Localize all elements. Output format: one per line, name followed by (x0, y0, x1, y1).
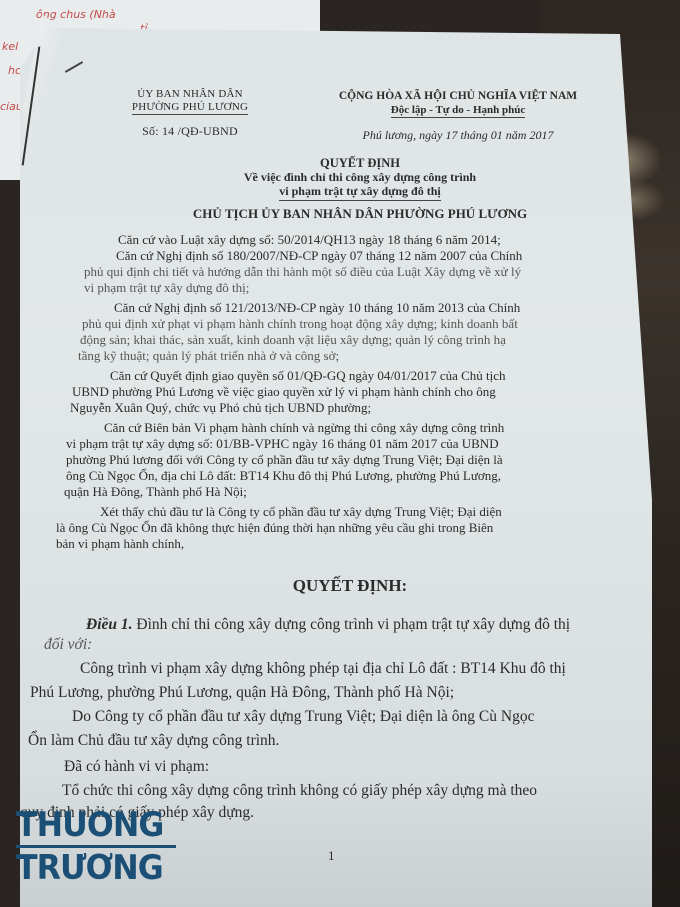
country-name: CỘNG HÒA XÃ HỘI CHỦ NGHĨA VIỆT NAM (318, 90, 598, 102)
body-line: Ổn làm Chủ đầu tư xây dựng công trình. (28, 732, 279, 750)
ward-name: PHƯỜNG PHÚ LƯƠNG (110, 101, 270, 115)
body-line: Đã có hành vi vi phạm: (64, 758, 209, 776)
article-text: Đình chỉ thi công xây dựng công trình vi… (133, 616, 571, 633)
article-label: Điều 1. (86, 616, 133, 633)
document-date: Phú lương, ngày 17 tháng 01 năm 2017 (318, 128, 598, 143)
preamble-line: Căn cứ Quyết định giao quyền số 01/QĐ-GQ… (110, 368, 506, 384)
preamble-line: tầng kỹ thuật; quản lý phát triển nhà ở … (78, 348, 339, 364)
preamble-line: Xét thấy chủ đầu tư là Công ty cổ phần đ… (100, 504, 502, 520)
body-line: Tổ chức thi công xây dựng công trình khô… (62, 782, 537, 800)
preamble-line: UBND phường Phú Lương về việc giao quyền… (72, 384, 496, 400)
preamble-line: vi phạm trật tự xây dựng đô thị; (84, 280, 249, 296)
preamble-line: Căn cứ Nghị định số 180/2007/NĐ-CP ngày … (116, 248, 522, 264)
issuing-authority: CHỦ TỊCH ỦY BAN NHÂN DÂN PHƯỜNG PHÚ LƯƠN… (150, 206, 570, 222)
document-content: ỦY BAN NHÂN DÂN PHƯỜNG PHÚ LƯƠNG Số: 14 … (0, 0, 680, 907)
preamble-line: Căn cứ Biên bản Vi phạm hành chính và ng… (104, 420, 504, 436)
preamble-line: bản vi phạm hành chính, (56, 536, 184, 552)
article-1: Điều 1. Đình chỉ thi công xây dựng công … (86, 616, 570, 634)
article-continuation: đối với: (44, 636, 92, 654)
preamble-line: phủ qui định xử phạt vi phạm hành chính … (82, 316, 518, 332)
logo-line-2: TRƯƠNG (16, 851, 176, 885)
preamble-line: là ông Cù Ngọc Ổn đã không thực hiện đún… (56, 520, 493, 536)
thuong-truong-logo: THUONG TRƯƠNG (16, 808, 176, 885)
preamble-line: động sản; khai thác, sản xuất, kinh doan… (80, 332, 506, 348)
preamble-line: phủ qui định chi tiết và hướng dẫn thi h… (84, 264, 521, 280)
preamble-line: Nguyễn Xuân Quý, chức vụ Phó chủ tịch UB… (70, 400, 371, 416)
body-line: Công trình vi phạm xây dựng không phép t… (80, 660, 566, 678)
issuing-organization: ỦY BAN NHÂN DÂN (110, 88, 270, 100)
document-title: QUYẾT ĐỊNH (150, 156, 570, 171)
document-number: Số: 14 /QĐ-UBND (110, 124, 270, 139)
page-number: 1 (328, 848, 335, 864)
preamble-line: Căn cứ Nghị định số 121/2013/NĐ-CP ngày … (114, 300, 520, 316)
body-line: Phú Lương, phường Phú Lương, quận Hà Đôn… (30, 684, 454, 702)
body-line: Do Công ty cổ phần đầu tư xây dựng Trung… (72, 708, 534, 726)
preamble-line: ông Cù Ngọc Ổn, địa chỉ Lô đất: BT14 Khu… (66, 468, 501, 484)
document-subject: vi phạm trật tự xây dựng đô thị (150, 184, 570, 201)
logo-line-1: THUONG (16, 808, 176, 842)
preamble-line: Căn cứ vào Luật xây dựng số: 50/2014/QH1… (118, 232, 501, 248)
national-motto: Độc lập - Tự do - Hạnh phúc (318, 104, 598, 118)
preamble-line: vi phạm trật tự xây dựng số: 01/BB-VPHC … (66, 436, 499, 452)
preamble-line: phường Phú lương đối với Công ty cổ phần… (66, 452, 503, 468)
preamble-line: quận Hà Đông, Thành phố Hà Nội; (64, 484, 247, 500)
decision-heading: QUYẾT ĐỊNH: (40, 576, 660, 596)
document-subject: Về việc đình chỉ thi công xây dựng công … (150, 170, 570, 185)
